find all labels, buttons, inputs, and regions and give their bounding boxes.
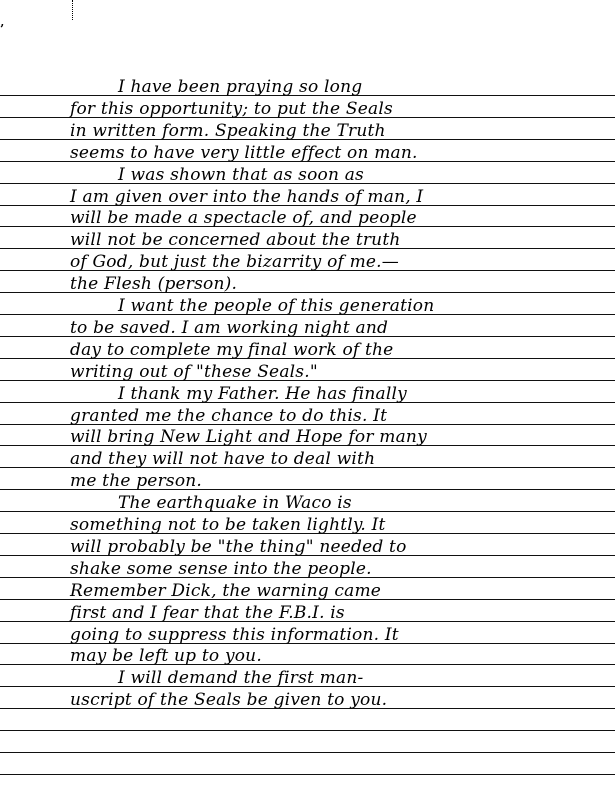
text-line: Remember Dick, the warning came: [0, 581, 615, 603]
text-line: and they will not have to deal with: [0, 449, 615, 471]
text-line: to be saved. I am working night and: [0, 318, 615, 340]
text-line: I will demand the first man-: [0, 668, 615, 690]
text-line: I thank my Father. He has finally: [0, 384, 615, 406]
text-line: me the person.: [0, 471, 615, 493]
text-line: may be left up to you.: [0, 646, 615, 668]
text-line: writing out of "these Seals.": [0, 362, 615, 384]
text-line: shake some sense into the people.: [0, 559, 615, 581]
text-line: the Flesh (person).: [0, 274, 615, 296]
text-line: will probably be "the thing" needed to: [0, 537, 615, 559]
scanned-letter-page: ’ I have been praying so longfor this op…: [0, 0, 615, 789]
ruled-line: [0, 774, 615, 775]
text-line: I was shown that as soon as: [0, 165, 615, 187]
text-line: will not be concerned about the truth: [0, 230, 615, 252]
text-line: seems to have very little effect on man.: [0, 143, 615, 165]
text-line: I want the people of this generation: [0, 296, 615, 318]
text-line: I am given over into the hands of man, I: [0, 187, 615, 209]
text-line: granted me the chance to do this. It: [0, 406, 615, 428]
text-line: The earthquake in Waco is: [0, 493, 615, 515]
text-line: going to suppress this information. It: [0, 625, 615, 647]
text-line: of God, but just the bizarrity of me.—: [0, 252, 615, 274]
text-line: first and I fear that the F.B.I. is: [0, 603, 615, 625]
top-left-mark: ’: [0, 22, 4, 36]
text-line: I have been praying so long: [0, 77, 615, 99]
text-line: will be made a spectacle of, and people: [0, 208, 615, 230]
ruled-line: [0, 730, 615, 731]
ruled-line: [0, 752, 615, 753]
text-line: for this opportunity; to put the Seals: [0, 99, 615, 121]
text-line: day to complete my final work of the: [0, 340, 615, 362]
text-line: in written form. Speaking the Truth: [0, 121, 615, 143]
text-line: uscript of the Seals be given to you.: [0, 690, 615, 712]
top-dot-marks: [72, 0, 75, 20]
text-line: will bring New Light and Hope for many: [0, 427, 615, 449]
text-line: something not to be taken lightly. It: [0, 515, 615, 537]
